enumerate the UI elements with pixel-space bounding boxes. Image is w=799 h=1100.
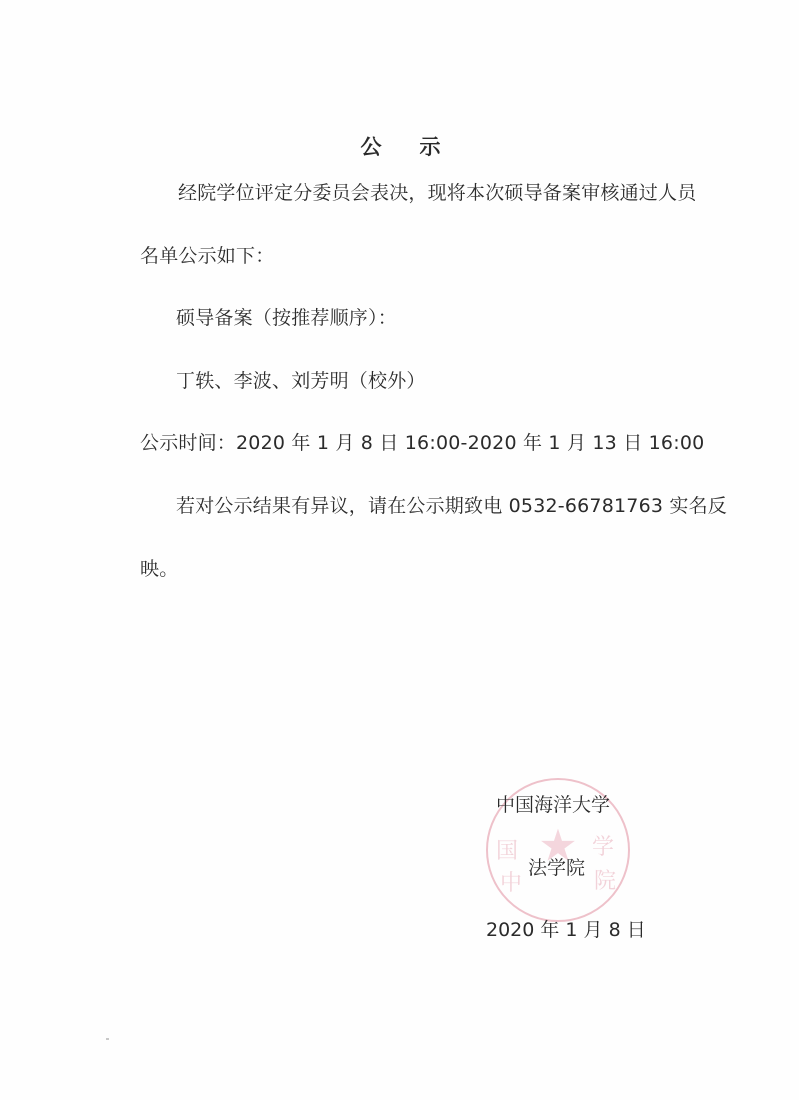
- signature-date: 2020 年 1 月 8 日: [486, 918, 646, 942]
- intro-paragraph-line-1: 经院学位评定分委员会表决，现将本次硕导备案审核通过人员: [178, 181, 696, 205]
- category-heading: 硕导备案（按推荐顺序）：: [176, 306, 397, 330]
- contact-paragraph-line-2: 映。: [140, 557, 178, 581]
- seal-char: 中: [500, 866, 522, 897]
- document-title: 公示: [0, 131, 799, 161]
- seal-char: 学: [592, 830, 614, 861]
- publicity-period: 公示时间：2020 年 1 月 8 日 16:00-2020 年 1 月 13 …: [140, 431, 704, 455]
- scan-artifact: [106, 1038, 109, 1040]
- document-page: 公示 经院学位评定分委员会表决，现将本次硕导备案审核通过人员 名单公示如下： 硕…: [0, 0, 799, 1100]
- approved-names: 丁轶、李波、刘芳明（校外）: [176, 369, 426, 393]
- seal-char: 院: [594, 864, 616, 895]
- seal-char: 国: [496, 834, 518, 865]
- signature-university: 中国海洋大学: [496, 793, 610, 817]
- signature-school: 法学院: [528, 856, 585, 880]
- intro-paragraph-line-2: 名单公示如下：: [140, 244, 274, 268]
- contact-paragraph-line-1: 若对公示结果有异议，请在公示期致电 0532-66781763 实名反: [176, 494, 727, 518]
